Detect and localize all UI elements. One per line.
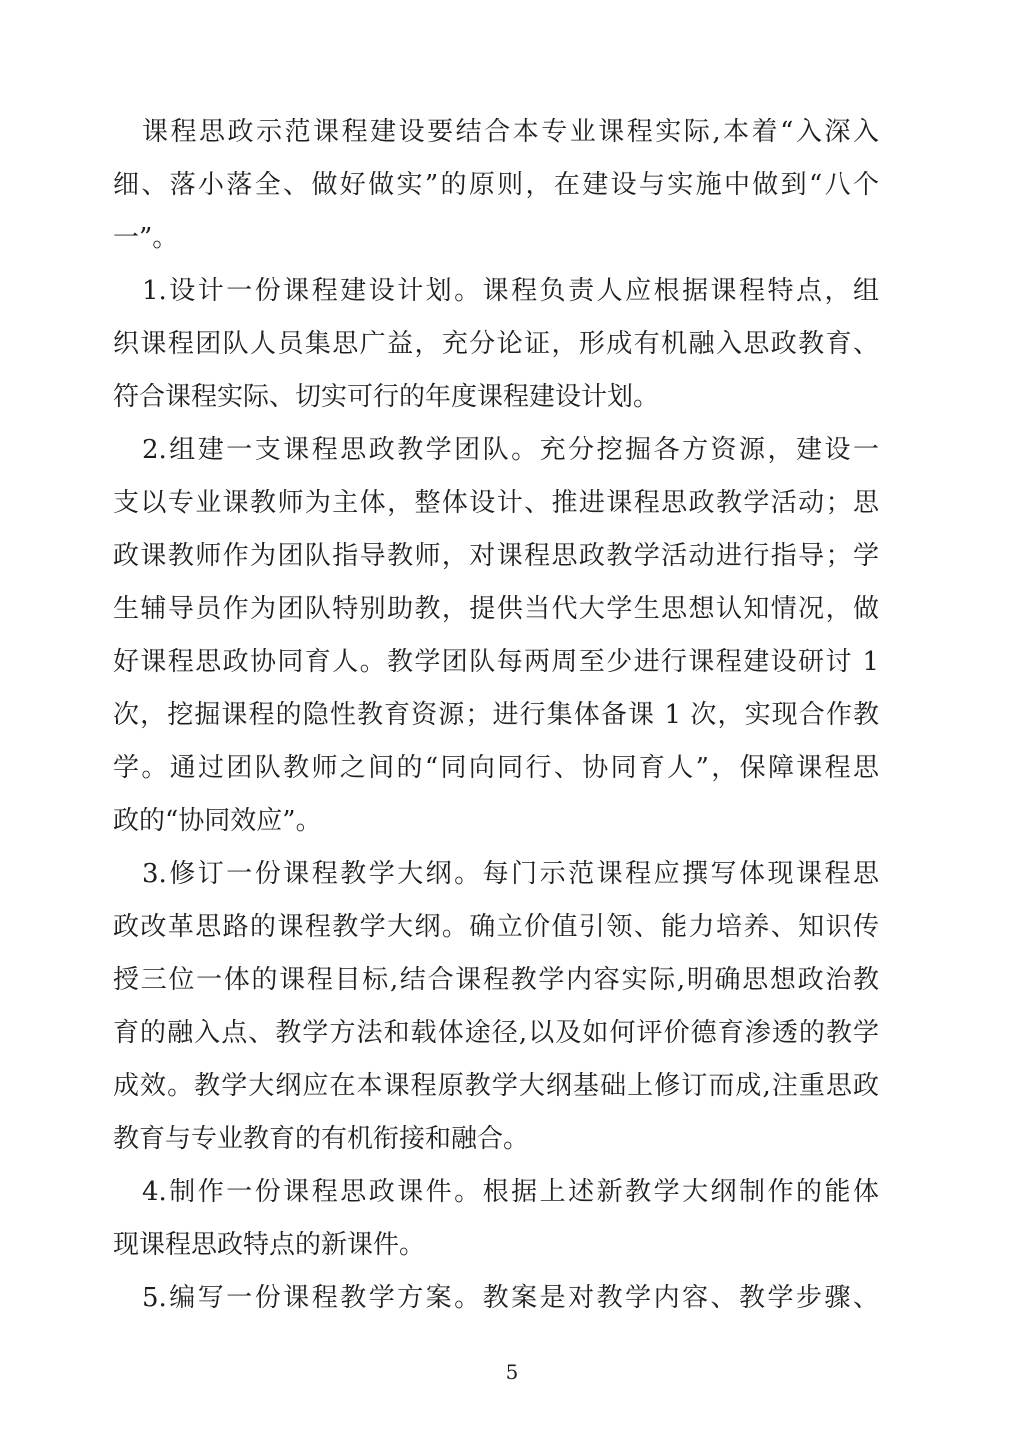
text-line: 政的“协同效应”。	[113, 795, 879, 848]
text-line: 4.制作一份课程思政课件。根据上述新教学大纲制作的能体	[113, 1166, 879, 1219]
text-line: 政改革思路的课程教学大纲。确立价值引领、能力培养、知识传	[113, 901, 879, 954]
text-line: 好课程思政协同育人。教学团队每两周至少进行课程建设研讨 1	[113, 636, 879, 689]
text-line: 细、落小落全、做好做实”的原则，在建设与实施中做到“八个	[113, 159, 879, 212]
text-line: 政课教师作为团队指导教师，对课程思政教学活动进行指导；学	[113, 530, 879, 583]
page-number: 5	[0, 1358, 1024, 1386]
text-line: 3.修订一份课程教学大纲。每门示范课程应撰写体现课程思	[113, 848, 879, 901]
text-line: 一”。	[113, 212, 879, 265]
text-line: 1.设计一份课程建设计划。课程负责人应根据课程特点，组	[113, 265, 879, 318]
text-line: 学。通过团队教师之间的“同向同行、协同育人”，保障课程思	[113, 742, 879, 795]
text-line: 育的融入点、教学方法和载体途径,以及如何评价德育渗透的教学	[113, 1007, 879, 1060]
text-line: 成效。教学大纲应在本课程原教学大纲基础上修订而成,注重思政	[113, 1060, 879, 1113]
text-line: 支以专业课教师为主体，整体设计、推进课程思政教学活动；思	[113, 477, 879, 530]
text-line: 5.编写一份课程教学方案。教案是对教学内容、教学步骤、	[113, 1272, 879, 1325]
body-text: 课程思政示范课程建设要结合本专业课程实际,本着“入深入 细、落小落全、做好做实”…	[113, 106, 879, 1325]
document-page: 课程思政示范课程建设要结合本专业课程实际,本着“入深入 细、落小落全、做好做实”…	[0, 0, 1024, 1447]
text-line: 生辅导员作为团队特别助教，提供当代大学生思想认知情况，做	[113, 583, 879, 636]
text-line: 2.组建一支课程思政教学团队。充分挖掘各方资源，建设一	[113, 424, 879, 477]
text-line: 次，挖掘课程的隐性教育资源；进行集体备课 1 次，实现合作教	[113, 689, 879, 742]
text-line: 织课程团队人员集思广益，充分论证，形成有机融入思政教育、	[113, 318, 879, 371]
text-line: 现课程思政特点的新课件。	[113, 1219, 879, 1272]
text-line: 符合课程实际、切实可行的年度课程建设计划。	[113, 371, 879, 424]
text-line: 授三位一体的课程目标,结合课程教学内容实际,明确思想政治教	[113, 954, 879, 1007]
text-line: 课程思政示范课程建设要结合本专业课程实际,本着“入深入	[113, 106, 879, 159]
text-line: 教育与专业教育的有机衔接和融合。	[113, 1113, 879, 1166]
